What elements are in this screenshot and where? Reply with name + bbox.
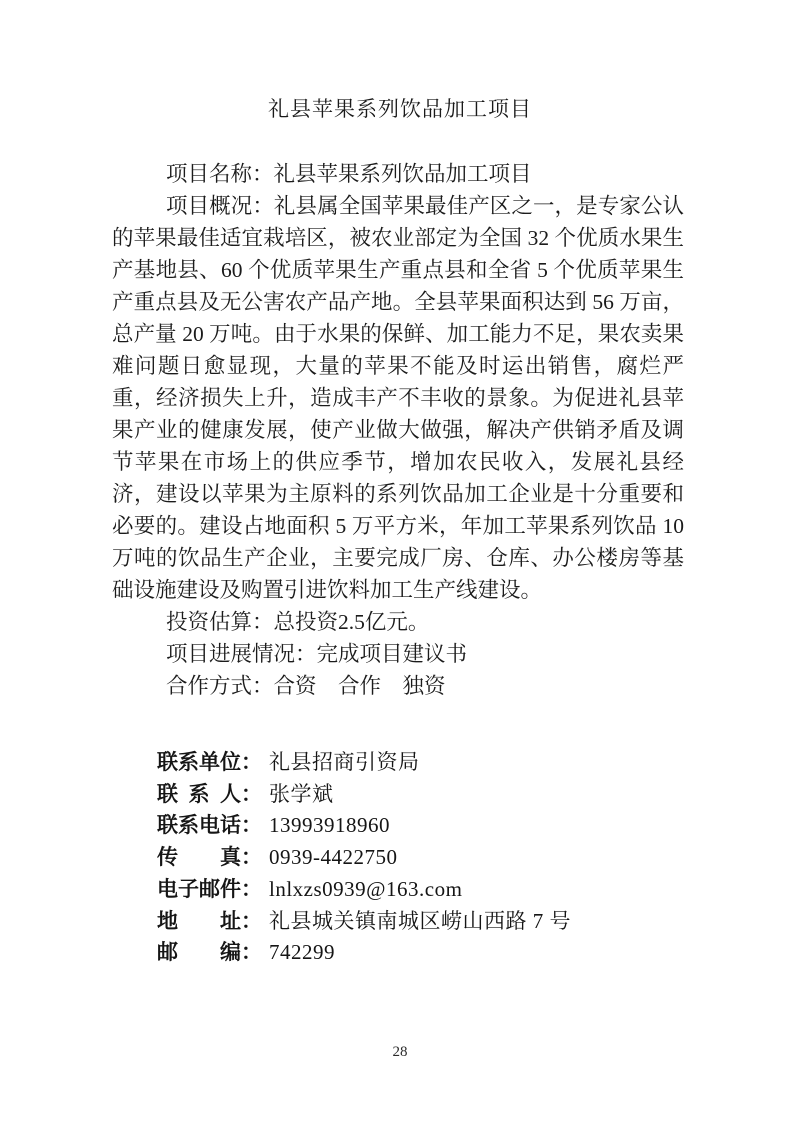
paragraph-investment-estimate: 投资估算：总投资2.5亿元。 — [112, 606, 684, 638]
contact-phone-label: 联系电话 — [157, 810, 241, 842]
contact-colon: ： — [241, 783, 262, 806]
contact-unit-value: 礼县招商引资局 — [269, 750, 420, 774]
contact-email-value: lnlxzs0939@163.com — [269, 877, 462, 901]
document-title: 礼县苹果系列饮品加工项目 — [0, 93, 800, 123]
paragraph-project-progress: 项目进展情况：完成项目建议书 — [112, 638, 684, 670]
contact-colon: ： — [241, 941, 262, 964]
contact-row-postcode: 邮编：742299 — [157, 937, 687, 969]
page-number: 28 — [0, 1044, 800, 1061]
contact-colon: ： — [241, 878, 262, 901]
contact-row-fax: 传真：0939-4422750 — [157, 842, 687, 874]
contact-address-label: 地址 — [157, 906, 241, 938]
document-page: 礼县苹果系列饮品加工项目 项目名称：礼县苹果系列饮品加工项目 项目概况：礼县属全… — [0, 0, 800, 1131]
contact-colon: ： — [241, 910, 262, 933]
contact-row-person: 联系人：张学斌 — [157, 779, 687, 811]
paragraph-cooperation-mode: 合作方式：合资 合作 独资 — [112, 670, 684, 702]
contact-colon: ： — [241, 814, 262, 837]
contact-person-label: 联系人 — [157, 779, 241, 811]
contact-row-phone: 联系电话：13993918960 — [157, 810, 687, 842]
paragraph-project-overview: 项目概况：礼县属全国苹果最佳产区之一，是专家公认的苹果最佳适宜栽培区，被农业部定… — [112, 190, 684, 606]
contact-postcode-label: 邮编 — [157, 937, 241, 969]
contact-fax-value: 0939-4422750 — [269, 845, 398, 869]
contact-fax-label: 传真 — [157, 842, 241, 874]
contact-postcode-value: 742299 — [269, 940, 335, 964]
contact-row-unit: 联系单位：礼县招商引资局 — [157, 747, 687, 779]
contact-row-address: 地址：礼县城关镇南城区崂山西路 7 号 — [157, 906, 687, 938]
paragraph-project-name: 项目名称：礼县苹果系列饮品加工项目 — [112, 158, 684, 190]
document-body: 项目名称：礼县苹果系列饮品加工项目 项目概况：礼县属全国苹果最佳产区之一，是专家… — [112, 158, 684, 702]
contact-email-label: 电子邮件 — [157, 874, 241, 906]
contact-unit-label: 联系单位 — [157, 747, 241, 779]
contact-phone-value: 13993918960 — [269, 813, 390, 837]
contact-person-value: 张学斌 — [269, 782, 334, 806]
contact-info-block: 联系单位：礼县招商引资局 联系人：张学斌 联系电话：13993918960 传真… — [157, 747, 687, 969]
contact-colon: ： — [241, 751, 262, 774]
contact-colon: ： — [241, 846, 262, 869]
contact-row-email: 电子邮件：lnlxzs0939@163.com — [157, 874, 687, 906]
contact-address-value: 礼县城关镇南城区崂山西路 7 号 — [269, 909, 571, 933]
